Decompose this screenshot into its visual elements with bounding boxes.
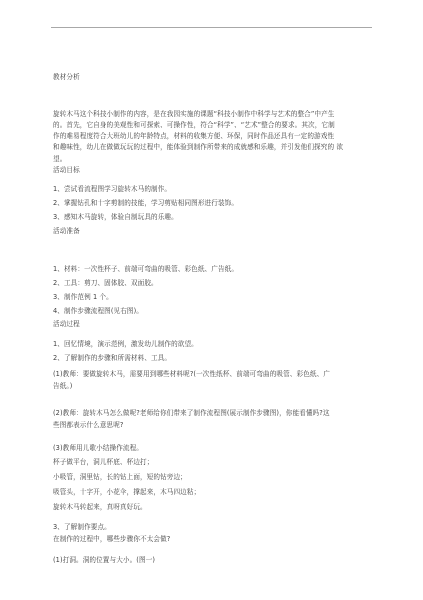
rhyme-line-4: 旋转木马转起来，真呀真好玩。 [53, 503, 147, 512]
prep-item-2: 2、工具：剪刀、固体胶、双面胶。 [53, 279, 158, 288]
section-heading-analysis: 教材分析 [53, 73, 80, 82]
question-3-line-1: (3)教师用儿歌小结操作流程。 [53, 444, 143, 453]
goal-item-2: 2、掌握钻孔和十字剪制的技能，学习剪贴相同图形进行装饰。 [53, 199, 238, 208]
process-item-2: 2、了解制作的步骤和所需材料、工具。 [53, 354, 171, 363]
prep-item-3: 3、制作范例 1 个。 [53, 293, 113, 302]
question-1-line-1: (1)教师：要做旋转木马，需要用到哪些材料呢?(一次性纸杯、前端可弯曲的吸管、彩… [53, 370, 330, 379]
intro-line-4: 和趣味性，幼儿在做做玩玩的过程中，能体验到制作所带来的成就感和乐趣，并引发他们探… [53, 143, 343, 152]
intro-line-1: 旋转木马这个科技小制作的内容，是在我园实施的课题“科技小制作中科学与艺术的整合”… [53, 110, 334, 119]
process-item-1: 1、回忆情境，演示范例，激发幼儿制作的欲望。 [53, 340, 198, 349]
step-3-item-1: (1)打洞。洞的位置与大小。(图一) [53, 556, 155, 565]
prep-item-1: 1、材料：一次性杯子、前端可弯曲的吸管、彩色纸、广告纸。 [53, 265, 238, 274]
goal-item-3: 3、感知木马旋转，体验自制玩具的乐趣。 [53, 213, 178, 222]
question-1-line-2: 告纸。) [53, 382, 72, 391]
intro-line-2: 的。首先，它自身的美观性和可探索、可操作性，符合“科学”、“艺术”整合的要求。其… [53, 121, 335, 130]
rhyme-line-2: 小吸管，洞里钻，长的钻上面，短的钻旁边； [53, 473, 187, 482]
process-title: 活动过程 [53, 320, 80, 329]
goals-title: 活动目标 [53, 166, 80, 175]
step-3-title: 3、了解制作要点。 [53, 523, 111, 532]
header-rule [51, 27, 372, 28]
step-3-question: 在制作的过程中，哪些步骤你不太会做? [53, 535, 170, 544]
intro-line-5: 望。 [53, 155, 66, 164]
question-2-line-1: (2)教师：旋转木马怎么做呢?老师给你们带来了制作流程图(展示制作步骤图)，你能… [53, 409, 330, 418]
goal-item-1: 1、尝试看流程图学习旋转木马的制作。 [53, 185, 171, 194]
rhyme-line-1: 杯子做平台，洞儿杯底、杯边打； [53, 458, 153, 467]
prep-title: 活动准备 [53, 227, 80, 236]
question-2-line-2: 些图都表示什么意思呢? [53, 421, 124, 430]
rhyme-line-3: 吸管头，十字开，小花伞，撑起来，木马四边粘； [53, 488, 200, 497]
prep-item-4: 4、制作步骤流程图(见右图)。 [53, 307, 143, 316]
intro-line-3: 作的难易程度符合大班幼儿的年龄特点，材料的收集方便、环保，同时作品还具有一定的游… [53, 132, 334, 141]
